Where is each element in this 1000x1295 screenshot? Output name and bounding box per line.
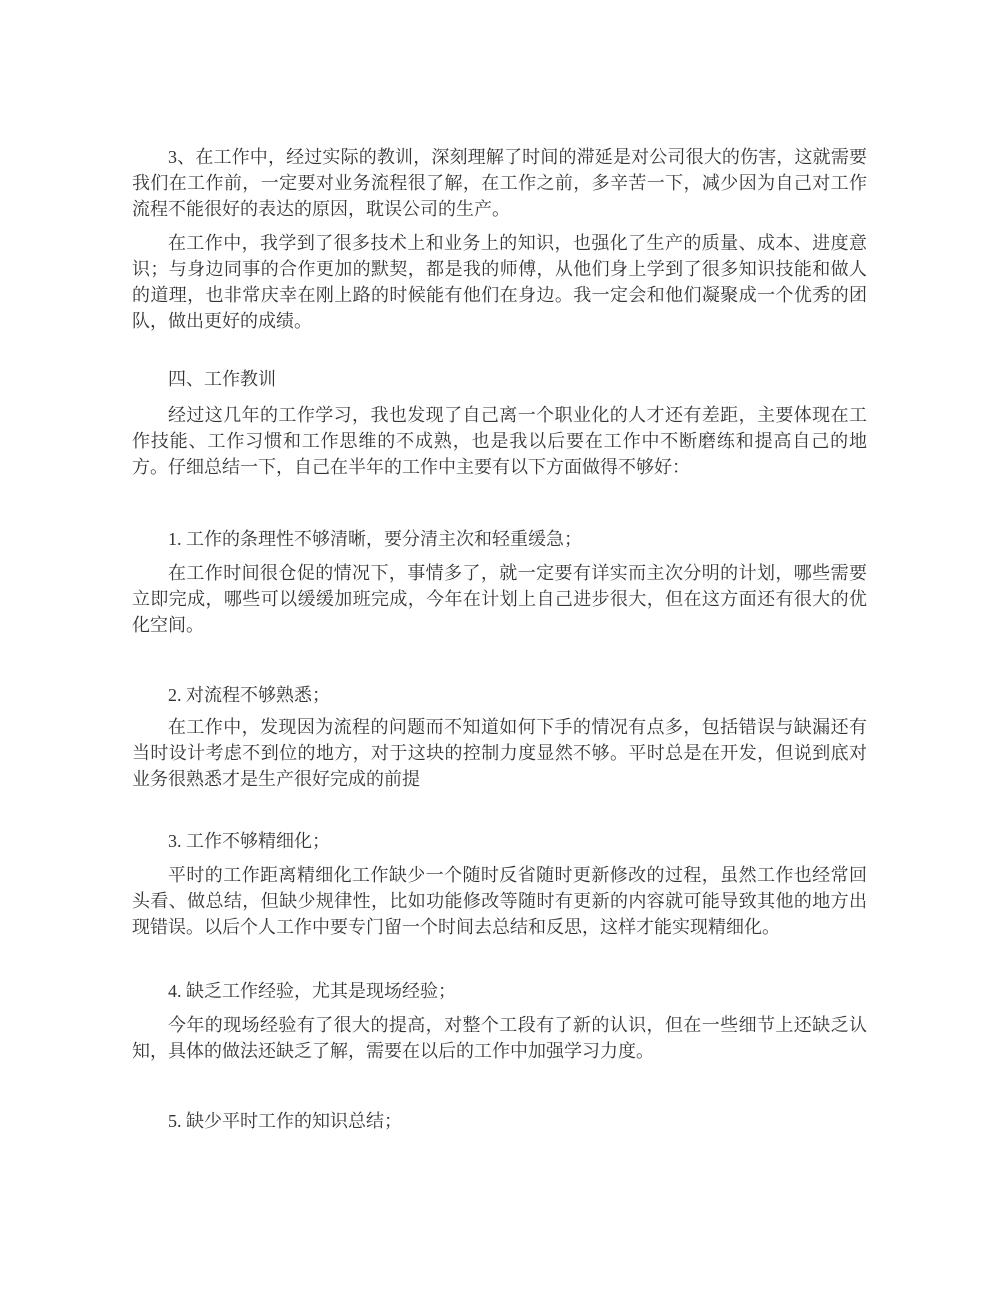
paragraph-item-2-detail: 在工作中，发现因为流程的问题而不知道如何下手的情况有点多，包括错误与缺漏还有当时… (132, 714, 867, 792)
list-item-4: 4. 缺乏工作经验，尤其是现场经验； (132, 978, 867, 1004)
paragraph-lesson-3: 3、在工作中，经过实际的教训，深刻理解了时间的滞延是对公司很大的伤害，这就需要我… (132, 144, 867, 222)
paragraph-work-gains: 在工作中，我学到了很多技术上和业务上的知识，也强化了生产的质量、成本、进度意识；… (132, 230, 867, 334)
paragraph-item-1-detail: 在工作时间很仓促的情况下，事情多了，就一定要有详实而主次分明的计划，哪些需要立即… (132, 560, 867, 638)
list-item-2: 2. 对流程不够熟悉； (132, 682, 867, 708)
paragraph-section-intro: 经过这几年的工作学习，我也发现了自己离一个职业化的人才还有差距，主要体现在工作技… (132, 402, 867, 480)
list-item-1: 1. 工作的条理性不够清晰，要分清主次和轻重缓急； (132, 526, 867, 552)
document-page: 3、在工作中，经过实际的教训，深刻理解了时间的滞延是对公司很大的伤害，这就需要我… (0, 0, 1000, 1295)
paragraph-item-4-detail: 今年的现场经验有了很大的提高，对整个工段有了新的认识，但在一些细节上还缺乏认知，… (132, 1012, 867, 1064)
section-heading-work-lessons: 四、工作教训 (132, 366, 867, 392)
document-content: 3、在工作中，经过实际的教训，深刻理解了时间的滞延是对公司很大的伤害，这就需要我… (0, 0, 1000, 1134)
list-item-5: 5. 缺少平时工作的知识总结； (132, 1108, 867, 1134)
paragraph-item-3-detail: 平时的工作距离精细化工作缺少一个随时反省随时更新修改的过程，虽然工作也经常回头看… (132, 862, 867, 940)
list-item-3: 3. 工作不够精细化； (132, 828, 867, 854)
